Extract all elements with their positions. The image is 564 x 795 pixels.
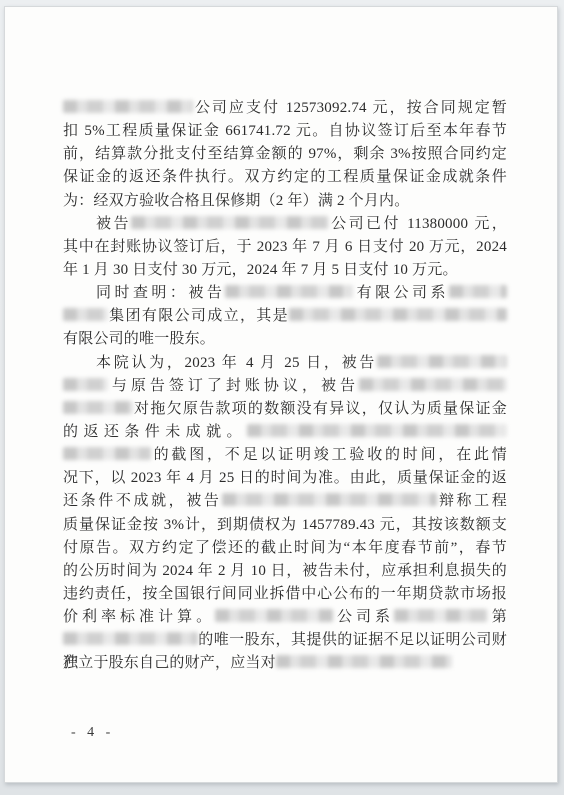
text-line: 有限公司的唯一股东。 [63, 328, 507, 351]
text-line: 付原告。双方约定了偿还的截止时间为“本年度春节前”，春节 [63, 537, 507, 560]
text-line: 的公历时间为 2024 年 2 月 10 日，被告未付，应承担利息损失的 [63, 560, 507, 583]
redaction-block [63, 100, 193, 113]
text-line: 被告公司已付 11380000 元， [63, 213, 507, 236]
text-line: 与原告签订了封账协议，被告 [63, 375, 507, 398]
text-run: 公司已付 11380000 元， [329, 216, 507, 232]
text-line: 质量保证金按 3%计，到期债权为 1457789.43 元，其按该数额支 [63, 514, 507, 537]
text-run: 的返还条件未成就。 [63, 424, 247, 440]
text-run: 公司应支付 12573092.74 元，按合同规定暂 [193, 100, 507, 116]
text-run: 价利率标准计算。 [63, 609, 215, 625]
text-run: 况下，以 2023 年 4 月 25 日的时间为准。由此，质量保证金的返 [63, 470, 507, 486]
text-run: 被告 [96, 216, 131, 232]
text-line: 扣 5%工程质量保证金 661741.72 元。自协议签订后至本年春节 [63, 120, 507, 143]
document-page: 公司应支付 12573092.74 元，按合同规定暂扣 5%工程质量保证金 66… [4, 6, 558, 783]
redaction-block [247, 424, 507, 437]
text-run: 付原告。双方约定了偿还的截止时间为“本年度春节前”，春节 [63, 540, 507, 556]
text-run: 扣 5%工程质量保证金 661741.72 元。自协议签订后至本年春节 [63, 123, 507, 139]
text-run: 对拖欠原告款项的数额没有异议，仅认为质量保证金 [133, 401, 507, 417]
redaction-block [449, 285, 507, 298]
redaction-block [131, 216, 329, 229]
text-run: 违约责任，按全国银行间同业拆借中心公布的一年期贷款市场报 [63, 586, 507, 602]
text-line: 公司应支付 12573092.74 元，按合同规定暂 [63, 97, 507, 120]
redaction-block [63, 632, 198, 645]
redaction-block [63, 447, 151, 460]
text-line: 的截图，不足以证明竣工验收的时间，在此情 [63, 444, 507, 467]
text-run: 公司系 [333, 609, 394, 625]
text-run: 有限公司系 [353, 285, 449, 301]
text-run: 还条件不成就，被告 [63, 493, 222, 509]
text-line: 前，结算款分批支付至结算金额的 97%，剩余 3%按照合同约定 [63, 143, 507, 166]
text-run: 辩称工程 [437, 493, 507, 509]
text-run: 的截图，不足以证明竣工验收的时间，在此情 [151, 447, 507, 463]
redaction-block [63, 378, 108, 391]
redaction-block [225, 285, 353, 298]
redaction-block [63, 401, 133, 414]
text-run: 保证金的返还条件执行。双方约定的工程质量保证金成就条件 [63, 169, 507, 185]
text-line: 保证金的返还条件执行。双方约定的工程质量保证金成就条件 [63, 166, 507, 189]
text-line: 年 1 月 30 日支付 30 万元，2024 年 7 月 5 日支付 10 万… [63, 259, 507, 282]
text-line: 价利率标准计算。公司系第 [63, 606, 507, 629]
text-run: 同时查明：被告 [96, 285, 225, 301]
text-run: 有限公司的唯一股东。 [63, 331, 215, 347]
redaction-block [276, 655, 452, 668]
text-column: 公司应支付 12573092.74 元，按合同规定暂扣 5%工程质量保证金 66… [63, 97, 507, 676]
text-line: 违约责任，按全国银行间同业拆借中心公布的一年期贷款市场报 [63, 583, 507, 606]
redaction-block [394, 609, 488, 622]
text-line: 集团有限公司成立，其是 [63, 305, 507, 328]
text-run: 质量保证金按 3%计，到期债权为 1457789.43 元，其按该数额支 [63, 517, 507, 533]
redaction-block [63, 308, 108, 321]
text-line: 独立于股东自己的财产，应当对 [63, 652, 507, 675]
text-line: 对拖欠原告款项的数额没有异议，仅认为质量保证金 [63, 398, 507, 421]
redaction-block [289, 308, 507, 321]
text-line: 为：经双方验收合格且保修期（2 年）满 2 个月内。 [63, 190, 507, 213]
text-line: 况下，以 2023 年 4 月 25 日的时间为准。由此，质量保证金的返 [63, 467, 507, 490]
redaction-block [222, 493, 437, 506]
text-run: 其中在封账协议签订后，于 2023 年 7 月 6 日支付 20 万元，2024 [63, 239, 507, 255]
text-line: 的返还条件未成就。 [63, 421, 507, 444]
text-run: 为：经双方验收合格且保修期（2 年）满 2 个月内。 [63, 193, 409, 209]
text-run: 本院认为，2023 年 4 月 25 日，被告 [96, 355, 377, 371]
text-run: 前，结算款分批支付至结算金额的 97%，剩余 3%按照合同约定 [63, 146, 507, 162]
redaction-block [359, 378, 507, 391]
text-line: 还条件不成就，被告辩称工程 [63, 490, 507, 513]
redaction-block [215, 609, 333, 622]
page-number: - 4 - [71, 725, 114, 741]
text-line: 同时查明：被告有限公司系 [63, 282, 507, 305]
text-run: 第 [488, 609, 507, 625]
text-run: 的公历时间为 2024 年 2 月 10 日，被告未付，应承担利息损失的 [63, 563, 507, 579]
text-line: 其中在封账协议签订后，于 2023 年 7 月 6 日支付 20 万元，2024 [63, 236, 507, 259]
text-run: 独立于股东自己的财产，应当对 [63, 655, 276, 671]
redaction-block [377, 355, 507, 368]
text-run: 集团有限公司成立，其是 [108, 308, 289, 324]
text-line: 的唯一股东，其提供的证据不足以证明公司财产 [63, 629, 507, 652]
text-run: 年 1 月 30 日支付 30 万元，2024 年 7 月 5 日支付 10 万… [63, 262, 458, 278]
text-run: 与原告签订了封账协议，被告 [108, 378, 359, 394]
text-line: 本院认为，2023 年 4 月 25 日，被告 [63, 352, 507, 375]
